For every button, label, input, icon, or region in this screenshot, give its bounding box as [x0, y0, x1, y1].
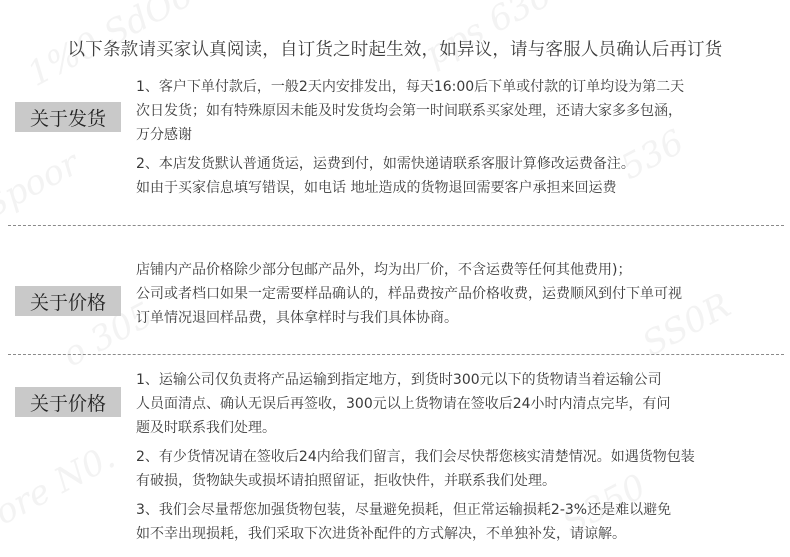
section-tag-shipping: 关于发货 — [15, 102, 121, 132]
text-line: 2、本店发货默认普通货运，运费到付，如需快递请联系客服计算修改运费备注。 — [136, 152, 784, 176]
text-line: 万分感谢 — [136, 123, 784, 147]
text-line: 有破损，货物缺失或损坏请拍照留证，拒收快件，并联系我们处理。 — [136, 469, 784, 493]
section-price-content: 店铺内产品价格除少部分包邮产品外，均为出厂价，不含运费等任何其他费用)； 公司或… — [136, 258, 784, 330]
text-line: 如由于买家信息填写错误，如电话 地址造成的货物退回需要客户承担来回运费 — [136, 176, 784, 200]
text-line: 人员面清点、确认无误后再签收，300元以上货物请在签收后24小时内清点完毕，有问 — [136, 392, 784, 416]
section-tag-transport: 关于价格 — [15, 387, 121, 417]
text-line: 次日发货；如有特殊原因未能及时发货均会第一时间联系买家处理，还请大家多多包涵， — [136, 99, 784, 123]
section-transport-content: 1、运输公司仅负责将产品运输到指定地方，到货时300元以下的货物请当着运输公司 … — [136, 368, 784, 546]
text-line: 1、客户下单付款后，一般2天内安排发出，每天16:00后下单或付款的订单均设为第… — [136, 75, 784, 99]
shop-policy-notice: 以下条款请买家认真阅读，自订货之时起生效，如异议，请与客服人员确认后再订货 关于… — [0, 0, 790, 557]
section-shipping-content: 1、客户下单付款后，一般2天内安排发出，每天16:00后下单或付款的订单均设为第… — [136, 75, 784, 200]
section-tag-price: 关于价格 — [15, 286, 121, 316]
text-line: 如不幸出现损耗，我们采取下次进货补配件的方式解决，不单独补发，请谅解。 — [136, 522, 784, 546]
section-divider — [8, 354, 784, 355]
text-line: 店铺内产品价格除少部分包邮产品外，均为出厂价，不含运费等任何其他费用)； — [136, 258, 784, 282]
section-divider — [8, 225, 784, 226]
notice-headline: 以下条款请买家认真阅读，自订货之时起生效，如异议，请与客服人员确认后再订货 — [0, 36, 790, 61]
text-line: 1、运输公司仅负责将产品运输到指定地方，到货时300元以下的货物请当着运输公司 — [136, 368, 784, 392]
text-line: 2、有少货情况请在签收后24内给我们留言，我们会尽快帮您核实清楚情况。如遇货物包… — [136, 445, 784, 469]
text-line: 题及时联系我们处理。 — [136, 416, 784, 440]
text-line: 公司或者档口如果一定需要样品确认的，样品费按产品价格收费，运费顺风到付下单可视 — [136, 282, 784, 306]
text-line: 订单情况退回样品费，具体拿样时与我们具体协商。 — [136, 306, 784, 330]
text-line: 3、我们会尽量帮您加强货物包装，尽量避免损耗，但正常运输损耗2-3%还是难以避免 — [136, 498, 784, 522]
